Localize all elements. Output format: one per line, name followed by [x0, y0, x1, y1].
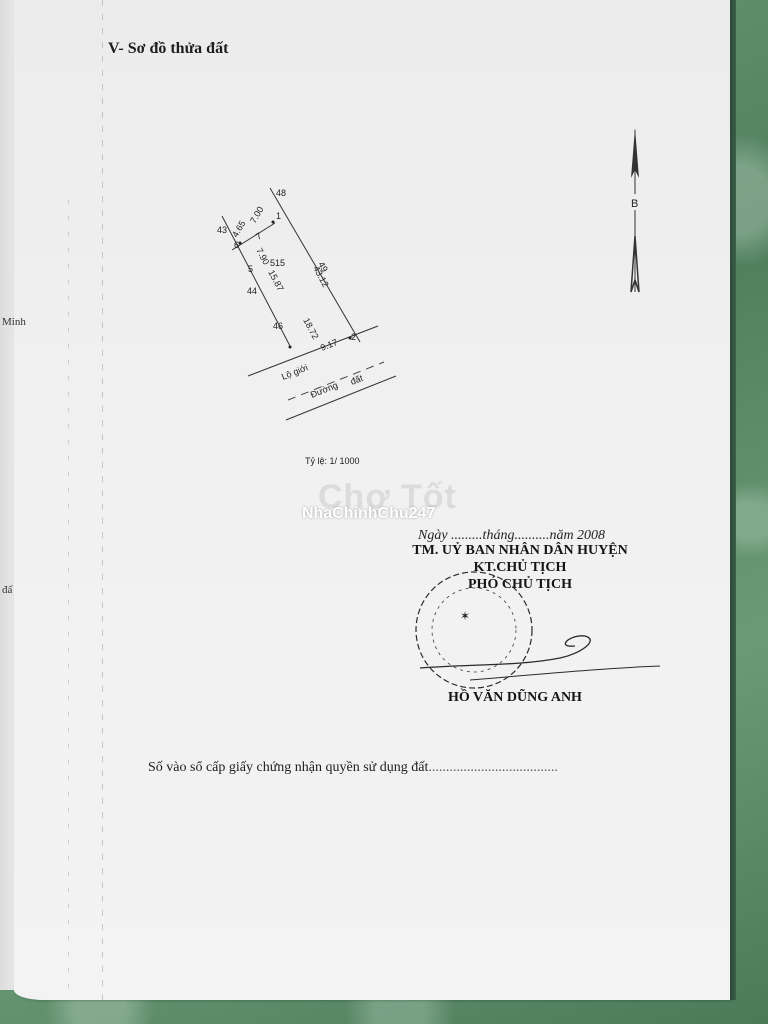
signer-name: HỒ VĂN DŨNG ANH	[400, 690, 630, 706]
neighbor-parcel-label: 44	[247, 286, 257, 296]
dimension-label: 15.87	[266, 268, 285, 293]
land-label: đất	[349, 373, 365, 387]
dimension-label: 18.72	[301, 316, 320, 341]
register-number-line: Số vào sổ cấp giấy chứng nhận quyền sử d…	[148, 760, 558, 776]
vertex-label: 2	[351, 332, 356, 342]
register-label: Số vào sổ cấp giấy chứng nhận quyền sử d…	[148, 760, 428, 775]
road-label: Đường	[309, 380, 339, 400]
neighbor-parcel-label: 43	[217, 225, 227, 235]
dimension-label: 7.00	[248, 205, 265, 225]
road-setback-label: Lộ giới	[280, 362, 309, 382]
register-dots: .....................................	[428, 760, 558, 775]
signature-stroke	[470, 666, 660, 680]
dimension-label: 7.90	[254, 246, 271, 266]
signature-stroke	[420, 636, 590, 668]
north-arrow-icon: B	[629, 128, 641, 292]
vertex-label: 1	[276, 211, 281, 221]
neighbor-parcel-label: 48	[276, 188, 286, 198]
svg-text:✶: ✶	[460, 609, 470, 623]
parcel-number: 515	[270, 258, 285, 268]
neighbor-parcel-label: 46	[273, 321, 283, 331]
vertex-label: 5	[248, 264, 253, 274]
north-label: B	[631, 198, 638, 210]
signature-title-chair: KT.CHỦ TỊCH	[390, 560, 650, 576]
dimension-label: 9.17	[319, 337, 339, 353]
watermark-text: NhaChinhChu247	[302, 505, 435, 523]
scale-label: Tỷ lệ: 1/ 1000	[305, 456, 360, 466]
dimension-label: 4.65	[230, 219, 247, 239]
vertex-label: 7	[254, 231, 263, 242]
signature-title-vice-chair: PHÓ CHỦ TỊCH	[390, 577, 650, 593]
date-line: Ngày .........tháng..........năm 2008	[418, 528, 605, 544]
signature-title-committee: TM. UỶ BAN NHÂN DÂN HUYỆN	[390, 543, 650, 559]
vertex-label: 6	[234, 240, 239, 250]
